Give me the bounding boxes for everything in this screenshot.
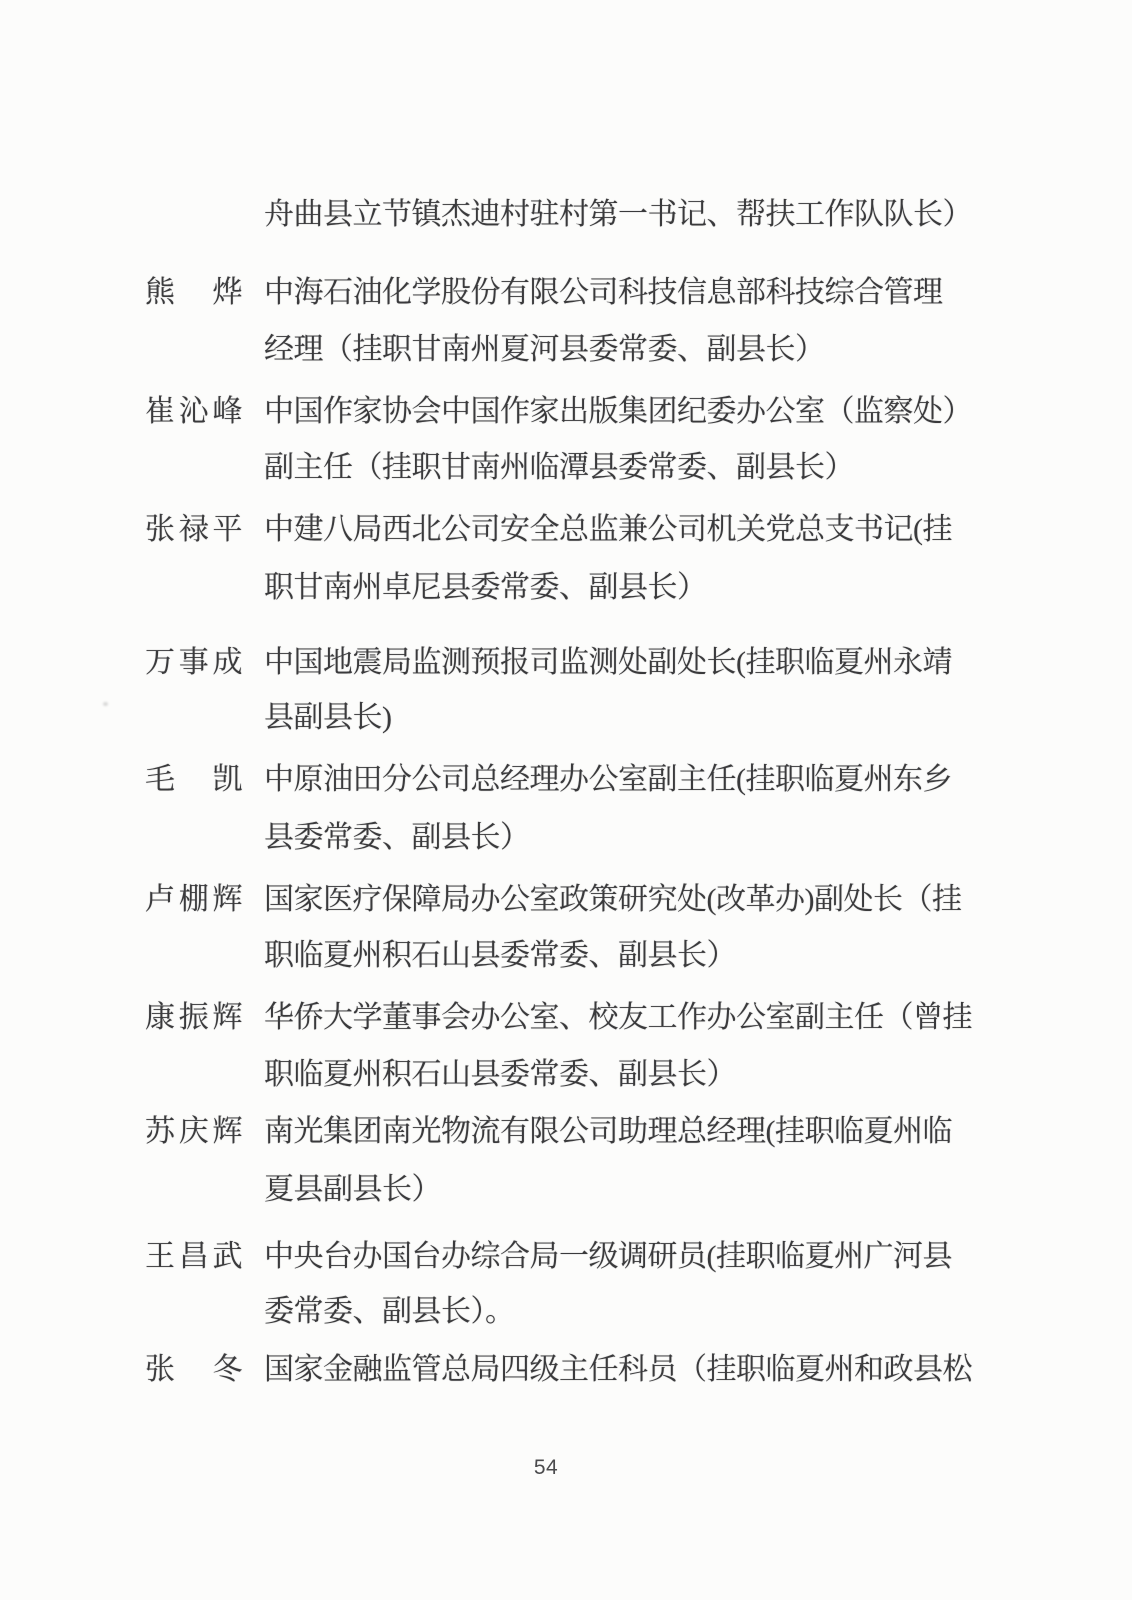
entry-name: 康振辉 [145, 997, 242, 1039]
entry-line: 中央台办国台办综合局一级调研员(挂职临夏州广河县 [264, 1236, 1004, 1278]
page-number: 54 [506, 1452, 586, 1484]
entry-line: 副主任（挂职甘南州临潭县委常委、副县长） [264, 447, 1004, 489]
entry-line: 南光集团南光物流有限公司助理总经理(挂职临夏州临 [264, 1111, 1004, 1153]
document-page: 舟曲县立节镇杰迪村驻村第一书记、帮扶工作队队长） 熊 烨 中海石油化学股份有限公… [0, 0, 1132, 1600]
entry-line: 经理（挂职甘南州夏河县委常委、副县长） [264, 329, 1004, 371]
entry-line: 国家金融监管总局四级主任科员（挂职临夏州和政县松 [264, 1349, 1004, 1391]
entry-name: 卢棚辉 [145, 879, 242, 921]
entry-line: 中原油田分公司总经理办公室副主任(挂职临夏州东乡 [264, 759, 1004, 801]
entry-line: 职甘南州卓尼县委常委、副县长） [264, 567, 1004, 609]
entry-name: 苏庆辉 [145, 1111, 242, 1153]
entry-line: 夏县副县长） [264, 1169, 1004, 1211]
continuation-line: 舟曲县立节镇杰迪村驻村第一书记、帮扶工作队队长） [264, 194, 1004, 236]
entry-name: 张 冬 [145, 1349, 242, 1391]
entry-line: 委常委、副县长）。 [264, 1291, 1004, 1333]
entry-line: 国家医疗保障局办公室政策研究处(改革办)副处长（挂 [264, 879, 1004, 921]
entry-line: 职临夏州积石山县委常委、副县长） [264, 935, 1004, 977]
scan-artifact [103, 702, 108, 706]
entry-name: 万事成 [145, 642, 242, 684]
entry-line: 中国地震局监测预报司监测处副处长(挂职临夏州永靖 [264, 642, 1004, 684]
entry-name: 王昌武 [145, 1236, 242, 1278]
entry-line: 中建八局西北公司安全总监兼公司机关党总支书记(挂 [264, 509, 1004, 551]
entry-line: 县副县长) [264, 697, 1004, 739]
entry-line: 职临夏州积石山县委常委、副县长） [264, 1054, 1004, 1096]
entry-line: 华侨大学董事会办公室、校友工作办公室副主任（曾挂 [264, 997, 1004, 1039]
entry-name: 毛 凯 [145, 759, 242, 801]
entry-name: 熊 烨 [145, 272, 242, 314]
entry-name: 张禄平 [145, 509, 242, 551]
entry-name: 崔沁峰 [145, 391, 242, 433]
entry-line: 中国作家协会中国作家出版集团纪委办公室（监察处） [264, 391, 1004, 433]
entry-line: 县委常委、副县长） [264, 817, 1004, 859]
entry-line: 中海石油化学股份有限公司科技信息部科技综合管理 [264, 272, 1004, 314]
